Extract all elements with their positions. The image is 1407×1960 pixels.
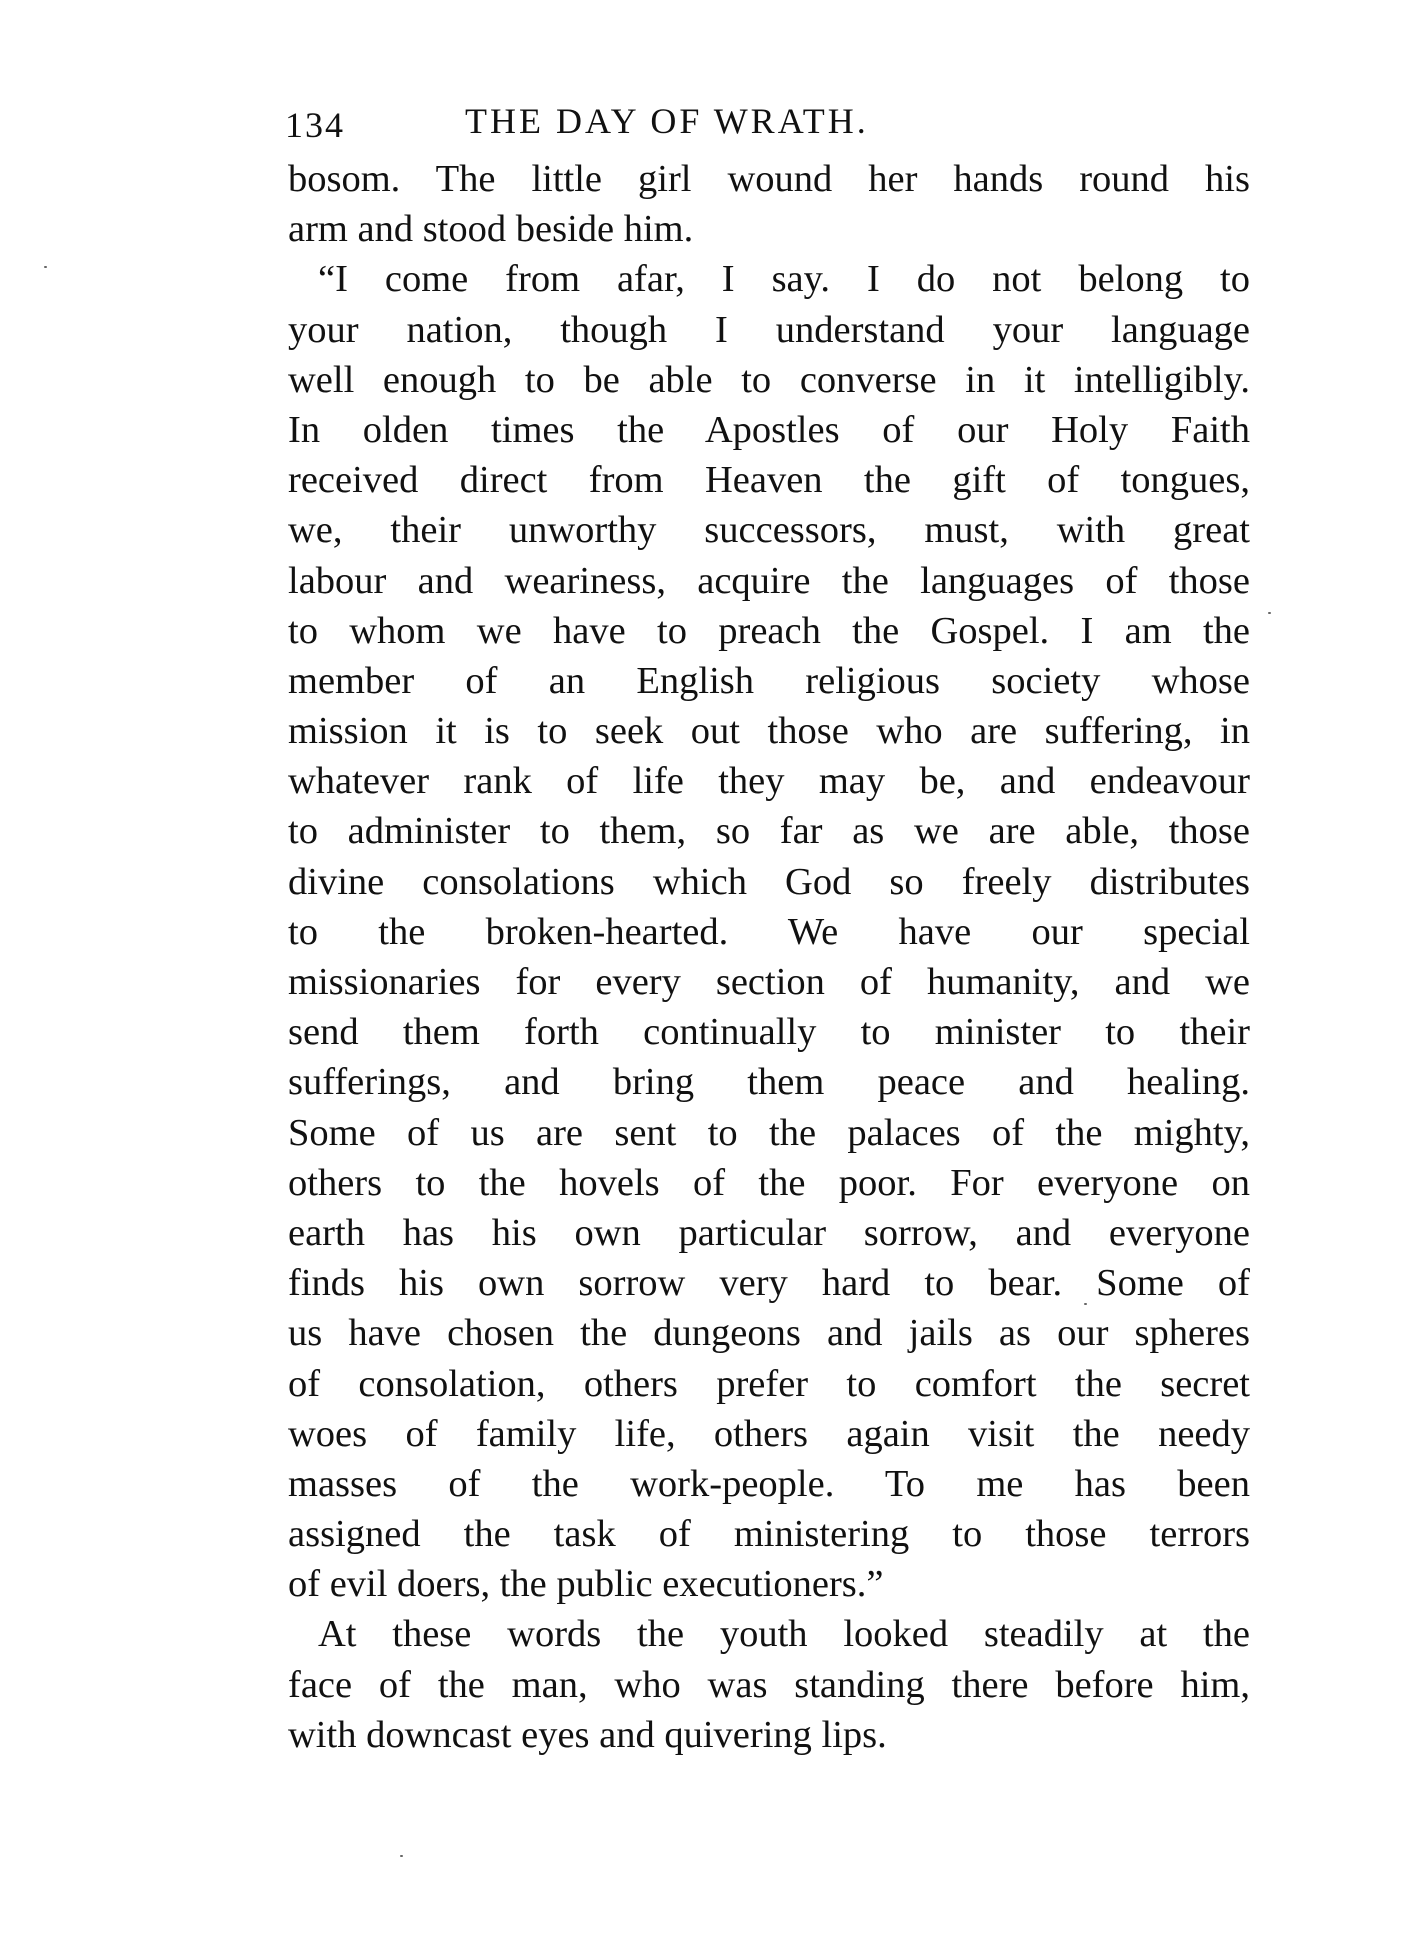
text-line: earth has his own particular sorrow, and… [288,1208,1250,1258]
text-line: others to the hovels of the poor. For ev… [288,1158,1250,1208]
text-line: sufferings, and bring them peace and hea… [288,1057,1250,1107]
text-line: we, their unworthy successors, must, wit… [288,505,1250,555]
text-line: At these words the youth looked steadily… [288,1609,1250,1659]
text-line: of consolation, others prefer to comfort… [288,1359,1250,1409]
text-line: woes of family life, others again visit … [288,1409,1250,1459]
text-line: masses of the work-people. To me has bee… [288,1459,1250,1509]
text-line: well enough to be able to converse in it… [288,355,1250,405]
text-line: to administer to them, so far as we are … [288,806,1250,856]
scan-speck [44,266,47,268]
text-line: arm and stood beside him. [288,204,1250,254]
text-line: to the broken-hearted. We have our speci… [288,907,1250,957]
text-line: to whom we have to preach the Gospel. I … [288,606,1250,656]
text-line: us have chosen the dungeons and jails as… [288,1308,1250,1358]
text-line: assigned the task of ministering to thos… [288,1509,1250,1559]
text-line: mission it is to seek out those who are … [288,706,1250,756]
running-title: THE DAY OF WRATH. [465,100,869,142]
text-line: bosom. The little girl wound her hands r… [288,154,1250,204]
page-number: 134 [285,104,345,146]
body-text: bosom. The little girl wound her hands r… [288,154,1250,1760]
text-line: Some of us are sent to the palaces of th… [288,1108,1250,1158]
text-line: received direct from Heaven the gift of … [288,455,1250,505]
scan-speck [400,1855,403,1857]
text-line: face of the man, who was standing there … [288,1660,1250,1710]
text-line: of evil doers, the public executioners.” [288,1559,1250,1609]
running-head: 134 THE DAY OF WRATH. [285,100,1245,150]
text-line: your nation, though I understand your la… [288,305,1250,355]
book-page: 134 THE DAY OF WRATH. bosom. The little … [0,0,1407,1960]
scan-speck [1268,612,1271,614]
text-line: In olden times the Apostles of our Holy … [288,405,1250,455]
text-line: with downcast eyes and quivering lips. [288,1710,1250,1760]
text-line: “I come from afar, I say. I do not belon… [288,254,1250,304]
text-line: finds his own sorrow very hard to bear. … [288,1258,1250,1308]
text-line: whatever rank of life they may be, and e… [288,756,1250,806]
text-line: divine consolations which God so freely … [288,857,1250,907]
text-line: send them forth continually to minister … [288,1007,1250,1057]
text-line: member of an English religious society w… [288,656,1250,706]
scan-speck [1084,1303,1087,1305]
text-line: labour and weariness, acquire the langua… [288,556,1250,606]
text-line: missionaries for every section of humani… [288,957,1250,1007]
